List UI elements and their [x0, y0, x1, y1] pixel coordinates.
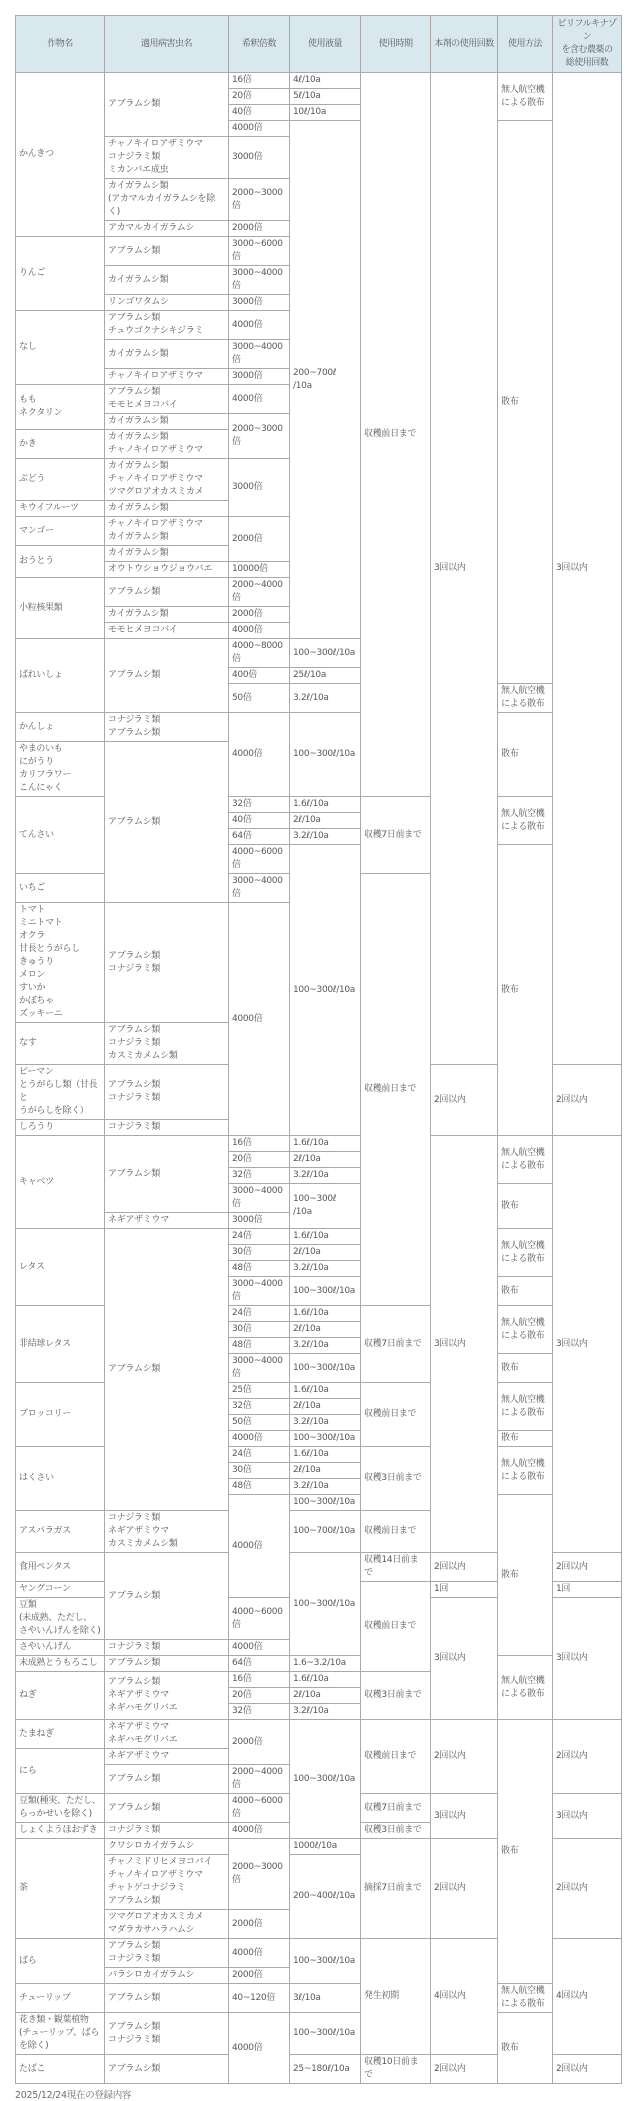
cell-volume: 100~300ℓ/10a	[290, 639, 361, 668]
cell-dilution: 4000倍	[229, 121, 290, 137]
cell-volume: 1000ℓ/10a	[290, 1839, 361, 1855]
cell-volume: 5ℓ/10a	[290, 89, 361, 105]
cell-dilution: 50倍	[229, 1415, 290, 1431]
cell-pest: アブラムシ類 コナジラミ類	[105, 903, 229, 1023]
column-header-volume: 使用液量	[290, 16, 361, 73]
cell-volume: 100~700ℓ/10a	[290, 1511, 361, 1553]
cell-crop: 豆類(種実、ただし、 らっかせいを除く)	[16, 1794, 105, 1823]
cell-pest: コナジラミ類	[105, 1823, 229, 1839]
cell-crop: なす	[16, 1023, 105, 1065]
cell-pest: カイガラムシ類 チャノキイロアザミウマ ツマグロアオカスミカメ	[105, 459, 229, 501]
cell-crop: りんご	[16, 237, 105, 311]
cell-pest: アブラムシ類 ネギアザミウマ ネギハモグリバエ	[105, 1672, 229, 1720]
cell-method: 散布	[498, 713, 553, 797]
cell-pest: アブラムシ類 コナジラミ類	[105, 1939, 229, 1968]
cell-timing: 収穫7日前まで	[361, 1306, 431, 1383]
cell-dilution: 3000倍	[229, 137, 290, 179]
cell-crop: かんしょ	[16, 713, 105, 742]
cell-timing: 収穫前日まで	[361, 1582, 431, 1672]
cell-dilution: 4000倍	[229, 623, 290, 639]
cell-dilution: 3000~4000倍	[229, 1184, 290, 1213]
column-header-pest: 適用病害虫名	[105, 16, 229, 73]
cell-dilution: 4000倍	[229, 1823, 290, 1839]
cell-pest: アブラムシ類	[105, 1553, 229, 1640]
table-row: 花き類・観葉植物 (チューリップ、ばら を除く)アブラムシ類 コナジラミ類400…	[16, 2013, 622, 2055]
cell-crop: 花き類・観葉植物 (チューリップ、ばら を除く)	[16, 2013, 105, 2055]
cell-dilution: 24倍	[229, 1229, 290, 1245]
cell-crop: 小粒核果類	[16, 578, 105, 639]
cell-dilution: 2000~3000倍	[229, 179, 290, 221]
cell-pest: アブラムシ類	[105, 2055, 229, 2084]
cell-dilution: 2000倍	[229, 1910, 290, 1939]
cell-count: 3回以内	[431, 1598, 498, 1720]
cell-timing: 収穫3日前まで	[361, 1672, 431, 1720]
cell-pest: ネギアザミウマ	[105, 1749, 229, 1765]
cell-crop: 茶	[16, 1839, 105, 1939]
cell-crop: なし	[16, 311, 105, 385]
cell-dilution: 4000倍	[229, 1431, 290, 1447]
cell-total: 2回以内	[553, 1720, 622, 1794]
cell-method: 無人航空機 による散布	[498, 73, 553, 121]
cell-volume: 3.2ℓ/10a	[290, 1338, 361, 1354]
cell-pest: アブラムシ類	[105, 237, 229, 266]
cell-total: 2回以内	[553, 1553, 622, 1582]
cell-crop: かき	[16, 430, 105, 459]
cell-dilution: 2000~3000倍	[229, 1839, 290, 1910]
cell-volume: 3.2ℓ/10a	[290, 1168, 361, 1184]
cell-dilution: 2000~4000倍	[229, 1765, 290, 1794]
cell-dilution: 16倍	[229, 1672, 290, 1688]
column-header-dilution: 希釈倍数	[229, 16, 290, 73]
cell-volume: 100~300ℓ/10a	[290, 713, 361, 797]
cell-crop: やまのいも にがうり カリフラワー こんにゃく	[16, 742, 105, 797]
cell-method: 散布	[498, 1431, 553, 1447]
cell-crop: 未成熟とうもろこし	[16, 1656, 105, 1672]
cell-dilution: 4000倍	[229, 713, 290, 797]
cell-total: 4回以内	[553, 1939, 622, 2055]
cell-pest: カイガラムシ類	[105, 340, 229, 369]
cell-method: 散布	[498, 2013, 553, 2084]
cell-volume: 4ℓ/10a	[290, 73, 361, 89]
cell-timing: 収穫前日まで	[361, 874, 431, 1306]
cell-volume: 100~300ℓ/10a	[290, 2013, 361, 2055]
cell-volume: 10ℓ/10a	[290, 105, 361, 121]
cell-method: 無人航空機 による散布	[498, 1984, 553, 2013]
cell-crop: ばら	[16, 1939, 105, 1984]
cell-dilution: 2000倍	[229, 517, 290, 562]
cell-volume: 2ℓ/10a	[290, 1152, 361, 1168]
cell-pest: アブラムシ類	[105, 73, 229, 137]
cell-method: 無人航空機 による散布	[498, 1136, 553, 1184]
cell-pest: ネギアザミウマ ネギハモグリバエ	[105, 1720, 229, 1749]
cell-dilution: 50倍	[229, 684, 290, 713]
cell-crop: かんきつ	[16, 73, 105, 237]
cell-pest: カイガラムシ類 チャノキイロアザミウマ	[105, 430, 229, 459]
cell-pest: カイガラムシ類	[105, 414, 229, 430]
cell-dilution: 3000~4000倍	[229, 1354, 290, 1383]
cell-method: 無人航空機 による散布	[498, 1447, 553, 1495]
cell-pest: コナジラミ類	[105, 1120, 229, 1136]
cell-dilution: 24倍	[229, 1306, 290, 1322]
cell-volume: 100~300ℓ/10a	[290, 1939, 361, 1984]
cell-volume: 25~180ℓ/10a	[290, 2055, 361, 2084]
cell-dilution: 4000~8000倍	[229, 639, 290, 668]
cell-count: 2回以内	[431, 1839, 498, 1939]
cell-crop: アスパラガス	[16, 1511, 105, 1553]
cell-dilution: 32倍	[229, 797, 290, 813]
cell-pest: クワシロカイガラムシ	[105, 1839, 229, 1855]
cell-volume: 100~300ℓ/10a	[290, 1720, 361, 1839]
cell-volume: 100~300ℓ/10a	[290, 845, 361, 1136]
cell-method: 無人航空機 による散布	[498, 1656, 553, 1720]
cell-volume: 3ℓ/10a	[290, 1984, 361, 2013]
cell-dilution: 24倍	[229, 1447, 290, 1463]
cell-count: 1回	[431, 1582, 498, 1598]
cell-method: 無人航空機 による散布	[498, 1229, 553, 1277]
cell-dilution: 3000倍	[229, 459, 290, 517]
cell-pest: アブラムシ類	[105, 742, 229, 903]
cell-dilution: 20倍	[229, 1152, 290, 1168]
cell-pest: バラシロカイガラムシ	[105, 1968, 229, 1984]
cell-pest: アブラムシ類	[105, 1229, 229, 1511]
cell-dilution: 32倍	[229, 1704, 290, 1720]
cell-method: 散布	[498, 1354, 553, 1383]
cell-volume: 100~300ℓ /10a	[290, 1184, 361, 1229]
cell-dilution: 4000~6000倍	[229, 1598, 290, 1640]
cell-volume: 200~700ℓ /10a	[290, 121, 361, 639]
table-header: 作物名 適用病害虫名 希釈倍数 使用液量 使用時期 本剤の使用回数 使用方法 ピ…	[16, 16, 622, 73]
cell-pest: アカマルカイガラムシ	[105, 221, 229, 237]
cell-count: 2回以内	[431, 1065, 498, 1136]
cell-volume: 100~300ℓ/10a	[290, 1354, 361, 1383]
cell-dilution: 30倍	[229, 1245, 290, 1261]
cell-dilution: 2000倍	[229, 607, 290, 623]
cell-crop: にら	[16, 1749, 105, 1794]
cell-pest: コナジラミ類 ネギアザミウマ カスミカメムシ類	[105, 1511, 229, 1553]
cell-volume: 100~300ℓ/10a	[290, 1431, 361, 1447]
cell-timing: 収穫14日前まで	[361, 1553, 431, 1582]
cell-dilution: 48倍	[229, 1261, 290, 1277]
cell-pest: オウトウショウジョウバエ	[105, 562, 229, 578]
cell-total: 3回以内	[553, 73, 622, 1065]
cell-crop: はくさい	[16, 1447, 105, 1511]
cell-dilution: 16倍	[229, 1136, 290, 1152]
column-header-crop: 作物名	[16, 16, 105, 73]
cell-pest: アブラムシ類	[105, 1656, 229, 1672]
pesticide-registration-table: 作物名 適用病害虫名 希釈倍数 使用液量 使用時期 本剤の使用回数 使用方法 ピ…	[15, 15, 622, 2084]
cell-volume: 2ℓ/10a	[290, 1399, 361, 1415]
cell-pest: コナジラミ類 アブラムシ類	[105, 713, 229, 742]
cell-volume: 100~300ℓ/10a	[290, 1495, 361, 1511]
table-row: かんきつアブラムシ類16倍4ℓ/10a収穫前日まで3回以内無人航空機 による散布…	[16, 73, 622, 89]
cell-volume: 1.6ℓ/10a	[290, 1306, 361, 1322]
cell-total: 3回以内	[553, 1598, 622, 1720]
cell-crop: ねぎ	[16, 1672, 105, 1720]
table-body: かんきつアブラムシ類16倍4ℓ/10a収穫前日まで3回以内無人航空機 による散布…	[16, 73, 622, 2084]
cell-pest: アブラムシ類	[105, 1794, 229, 1823]
cell-dilution: 3000倍	[229, 1213, 290, 1229]
table-row: チューリップアブラムシ類40~120倍3ℓ/10a無人航空機 による散布	[16, 1984, 622, 2013]
cell-timing: 収穫前日まで	[361, 1511, 431, 1553]
cell-pest: カイガラムシ類	[105, 607, 229, 623]
cell-timing: 収穫前日まで	[361, 73, 431, 797]
cell-count: 3回以内	[431, 1794, 498, 1839]
cell-dilution: 2000倍	[229, 1720, 290, 1765]
column-header-timing: 使用時期	[361, 16, 431, 73]
cell-volume: 2ℓ/10a	[290, 1463, 361, 1479]
cell-crop: 非結球レタス	[16, 1306, 105, 1383]
cell-volume: 1.6ℓ/10a	[290, 1136, 361, 1152]
column-header-count: 本剤の使用回数	[431, 16, 498, 73]
cell-pest: カイガラムシ類 (アカマルカイガラムシを除く)	[105, 179, 229, 221]
cell-dilution: 4000倍	[229, 903, 290, 1136]
cell-crop: ヤングコーン	[16, 1582, 105, 1598]
cell-pest: チャノキイロアザミウマ カイガラムシ類	[105, 517, 229, 546]
cell-timing: 収穫7日前まで	[361, 1794, 431, 1823]
cell-volume: 3.2ℓ/10a	[290, 1261, 361, 1277]
cell-timing: 収穫3日前まで	[361, 1823, 431, 1839]
cell-crop: たまねぎ	[16, 1720, 105, 1749]
cell-crop: トマト ミニトマト オクラ 甘長とうがらし きゅうり メロン すいか かぼちゃ …	[16, 903, 105, 1023]
cell-dilution: 64倍	[229, 1656, 290, 1672]
cell-method: 散布	[498, 1495, 553, 1656]
cell-method: 無人航空機 による散布	[498, 1306, 553, 1354]
cell-crop: おうとう	[16, 546, 105, 578]
cell-volume: 100~300ℓ/10a	[290, 1277, 361, 1306]
cell-volume: 1.6ℓ/10a	[290, 1447, 361, 1463]
cell-volume: 2ℓ/10a	[290, 1322, 361, 1338]
cell-timing: 発生初期	[361, 1939, 431, 2055]
cell-volume: 1.6ℓ/10a	[290, 1383, 361, 1399]
cell-volume: 3.2ℓ/10a	[290, 684, 361, 713]
cell-pest: アブラムシ類 コナジラミ類	[105, 1065, 229, 1120]
cell-dilution: 20倍	[229, 89, 290, 105]
cell-pest: コナジラミ類	[105, 1640, 229, 1656]
cell-total: 2回以内	[553, 1839, 622, 1939]
cell-dilution: 32倍	[229, 1399, 290, 1415]
cell-dilution: 2000倍	[229, 1968, 290, 1984]
cell-crop: しょくようほおずき	[16, 1823, 105, 1839]
cell-dilution: 64倍	[229, 829, 290, 845]
cell-crop: マンゴー	[16, 517, 105, 546]
cell-crop: しろうり	[16, 1120, 105, 1136]
cell-dilution: 3000~4000倍	[229, 1277, 290, 1306]
cell-count: 2回以内	[431, 1720, 498, 1794]
cell-crop: キャベツ	[16, 1136, 105, 1229]
cell-timing: 収穫10日前まで	[361, 2055, 431, 2084]
cell-volume: 1.6ℓ/10a	[290, 1229, 361, 1245]
cell-dilution: 3000~6000倍	[229, 237, 290, 266]
cell-volume: 1.6ℓ/10a	[290, 1672, 361, 1688]
cell-timing: 摘採7日前まで	[361, 1839, 431, 1939]
cell-dilution: 48倍	[229, 1479, 290, 1495]
cell-dilution: 4000倍	[229, 2013, 290, 2084]
cell-timing: 収穫前日まで	[361, 1720, 431, 1794]
cell-pest: カイガラムシ類	[105, 546, 229, 562]
cell-pest: チャノキイロアザミウマ コナジラミ類 ミカンバエ成虫	[105, 137, 229, 179]
cell-pest: チャノミドリヒメヨコバイ チャノキイロアザミウマ チャトゲコナジラミ アブラムシ…	[105, 1855, 229, 1910]
cell-volume: 200~400ℓ/10a	[290, 1855, 361, 1939]
registration-date-note: 2025/12/24現在の登録内容	[15, 2087, 621, 2101]
cell-crop: キウイフルーツ	[16, 501, 105, 517]
cell-volume: 25ℓ/10a	[290, 668, 361, 684]
cell-crop: チューリップ	[16, 1984, 105, 2013]
cell-crop: ピーマン とうがらし類（甘長と うがらしを除く）	[16, 1065, 105, 1120]
cell-count: 4回以内	[431, 1939, 498, 2055]
cell-timing: 収穫3日前まで	[361, 1447, 431, 1511]
cell-dilution: 4000倍	[229, 311, 290, 340]
cell-pest: アブラムシ類	[105, 578, 229, 607]
cell-volume: 3.2ℓ/10a	[290, 829, 361, 845]
cell-dilution: 40倍	[229, 105, 290, 121]
column-header-total: ピリフルキナゾン を含む農薬の 総使用回数	[553, 16, 622, 73]
cell-method: 散布	[498, 1277, 553, 1306]
table-row: かんしょコナジラミ類 アブラムシ類4000倍100~300ℓ/10a散布	[16, 713, 622, 742]
cell-count: 3回以内	[431, 1136, 498, 1553]
column-header-method: 使用方法	[498, 16, 553, 73]
cell-pest: モモヒメヨコバイ	[105, 623, 229, 639]
cell-method: 無人航空機 による散布	[498, 684, 553, 713]
cell-dilution: 40~120倍	[229, 1984, 290, 2013]
table-row: キャベツアブラムシ類16倍1.6ℓ/10a3回以内無人航空機 による散布3回以内	[16, 1136, 622, 1152]
cell-volume: 3.2ℓ/10a	[290, 1704, 361, 1720]
cell-crop: ぶどう	[16, 459, 105, 501]
cell-dilution: 10000倍	[229, 562, 290, 578]
cell-method: 散布	[498, 1184, 553, 1229]
cell-dilution: 30倍	[229, 1322, 290, 1338]
cell-crop: もも ネクタリン	[16, 385, 105, 430]
cell-dilution: 3000~4000倍	[229, 340, 290, 369]
cell-volume: 1.6~3.2/10a	[290, 1656, 361, 1672]
cell-method: 散布	[498, 121, 553, 684]
cell-timing: 収穫7日前まで	[361, 797, 431, 874]
cell-volume: 3.2ℓ/10a	[290, 1479, 361, 1495]
registration-table-wrap: 作物名 適用病害虫名 希釈倍数 使用液量 使用時期 本剤の使用回数 使用方法 ピ…	[15, 15, 621, 2101]
cell-crop: てんさい	[16, 797, 105, 874]
cell-method: 散布	[498, 1720, 553, 1984]
cell-dilution: 3000倍	[229, 295, 290, 311]
cell-total: 2回以内	[553, 2055, 622, 2084]
cell-dilution: 4000倍	[229, 1640, 290, 1656]
cell-pest: アブラムシ類	[105, 639, 229, 713]
cell-crop: レタス	[16, 1229, 105, 1306]
cell-pest: カイガラムシ類	[105, 266, 229, 295]
cell-dilution: 16倍	[229, 73, 290, 89]
cell-dilution: 3000倍	[229, 369, 290, 385]
header-row: 作物名 適用病害虫名 希釈倍数 使用液量 使用時期 本剤の使用回数 使用方法 ピ…	[16, 16, 622, 73]
cell-count: 2回以内	[431, 1553, 498, 1582]
cell-pest: ツマグロアオカスミカメ マダラカサハラハムシ	[105, 1910, 229, 1939]
cell-pest: リンゴワタムシ	[105, 295, 229, 311]
cell-dilution: 2000~3000倍	[229, 414, 290, 459]
cell-pest: アブラムシ類 コナジラミ類	[105, 2013, 229, 2055]
cell-dilution: 20倍	[229, 1688, 290, 1704]
cell-dilution: 48倍	[229, 1338, 290, 1354]
cell-pest: アブラムシ類	[105, 1765, 229, 1794]
cell-crop: ばれいしょ	[16, 639, 105, 713]
cell-dilution: 4000倍	[229, 1939, 290, 1968]
cell-crop: 豆類 (未成熟、ただし、 さやいんげんを除く)	[16, 1598, 105, 1640]
cell-dilution: 3000~4000倍	[229, 874, 290, 903]
cell-pest: カイガラムシ類	[105, 501, 229, 517]
cell-volume: 2ℓ/10a	[290, 813, 361, 829]
cell-volume: 2ℓ/10a	[290, 1688, 361, 1704]
cell-pest: ネギアザミウマ	[105, 1213, 229, 1229]
cell-dilution: 30倍	[229, 1463, 290, 1479]
cell-crop: さやいんげん	[16, 1640, 105, 1656]
cell-crop: いちご	[16, 874, 105, 903]
cell-volume: 2ℓ/10a	[290, 1245, 361, 1261]
cell-pest: チャノキイロアザミウマ	[105, 369, 229, 385]
cell-dilution: 4000~6000倍	[229, 1794, 290, 1823]
cell-method: 無人航空機 による散布	[498, 797, 553, 845]
cell-dilution: 400倍	[229, 668, 290, 684]
cell-pest: アブラムシ類 モモヒメヨコバイ	[105, 385, 229, 414]
cell-dilution: 3000~4000倍	[229, 266, 290, 295]
cell-count: 3回以内	[431, 73, 498, 1065]
cell-total: 2回以内	[553, 1065, 622, 1136]
cell-dilution: 2000倍	[229, 221, 290, 237]
cell-pest: アブラムシ類 チュウゴクナシキジラミ	[105, 311, 229, 340]
cell-dilution: 4000倍	[229, 385, 290, 414]
cell-dilution: 32倍	[229, 1168, 290, 1184]
cell-timing: 収穫前日まで	[361, 1383, 431, 1447]
cell-dilution: 40倍	[229, 813, 290, 829]
cell-count: 2回以内	[431, 2055, 498, 2084]
cell-total: 3回以内	[553, 1794, 622, 1839]
cell-dilution: 4000~6000倍	[229, 845, 290, 874]
table-row: レタスアブラムシ類24倍1.6ℓ/10a無人航空機 による散布	[16, 1229, 622, 1245]
cell-crop: たばこ	[16, 2055, 105, 2084]
cell-dilution: 2000~4000倍	[229, 578, 290, 607]
cell-volume: 3.2ℓ/10a	[290, 1415, 361, 1431]
cell-pest: アブラムシ類	[105, 1136, 229, 1213]
cell-volume: 1.6ℓ/10a	[290, 797, 361, 813]
cell-total: 3回以内	[553, 1136, 622, 1553]
cell-pest: アブラムシ類	[105, 1984, 229, 2013]
cell-volume: 100~300ℓ/10a	[290, 1553, 361, 1656]
cell-method: 無人航空機 による散布	[498, 1383, 553, 1431]
cell-dilution: 4000倍	[229, 1495, 290, 1598]
cell-crop: ブロッコリー	[16, 1383, 105, 1447]
cell-crop: 食用ペンタス	[16, 1553, 105, 1582]
cell-pest: アブラムシ類 コナジラミ類 カスミカメムシ類	[105, 1023, 229, 1065]
cell-method: 散布	[498, 845, 553, 1136]
cell-dilution: 25倍	[229, 1383, 290, 1399]
page: 作物名 適用病害虫名 希釈倍数 使用液量 使用時期 本剤の使用回数 使用方法 ピ…	[0, 0, 640, 1876]
cell-total: 1回	[553, 1582, 622, 1598]
